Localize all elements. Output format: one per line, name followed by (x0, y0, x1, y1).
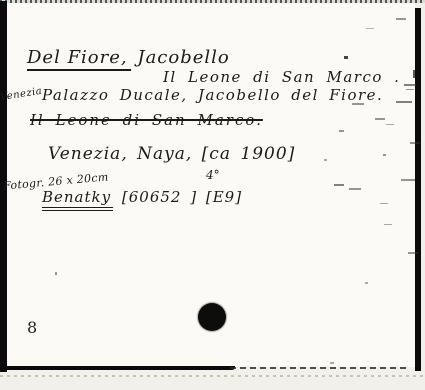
title-line: Il Leone di San Marco . (163, 68, 400, 86)
scan-noise-mark (366, 28, 374, 29)
heading-firstname: Jacobello (131, 47, 230, 68)
shelf-name: Benatky (42, 188, 113, 211)
scan-noise-mark (401, 179, 415, 181)
scan-noise-mark (408, 252, 418, 254)
corner-digit: 8 (27, 318, 37, 337)
catalog-card-scan: Del Fiore, Jacobello Il Leone di San Mar… (0, 0, 425, 390)
scan-noise-mark (324, 159, 327, 161)
scan-noise-mark (339, 130, 344, 132)
scan-noise-mark (396, 101, 412, 103)
scan-noise-mark (55, 272, 57, 275)
scan-noise-mark (349, 188, 361, 190)
scan-noise-mark (413, 70, 415, 78)
scan-noise-mark (330, 362, 334, 364)
heading-surname: Del Fiore, (27, 47, 131, 71)
scanner-bottom-dots (0, 375, 425, 377)
scan-noise-mark (344, 56, 348, 59)
card-bottom-edge-dashed (230, 367, 410, 369)
scan-noise-mark (383, 154, 386, 156)
scan-right-edge (415, 8, 421, 371)
scan-noise-mark (352, 103, 364, 105)
imprint-line: Venezia, Naya, [ca 1900] (48, 144, 295, 164)
punch-hole (198, 303, 226, 331)
scan-noise-mark (404, 84, 416, 86)
subject-line: Palazzo Ducale, Jacobello del Fiore. (42, 86, 383, 104)
shelf-line: Benatky [60652 ] [E9] (42, 188, 242, 206)
scan-noise-mark (386, 124, 394, 125)
scan-noise-mark (410, 142, 420, 144)
crossed-out-title: Il Leone di San Marco. (30, 111, 263, 129)
card-bottom-edge (0, 366, 235, 370)
shelf-code: [E9] (206, 188, 242, 206)
scan-noise-mark (365, 282, 368, 284)
shelf-number: [60652 ] (122, 188, 197, 206)
scan-noise-mark (375, 118, 385, 120)
scan-noise-mark (380, 203, 388, 204)
scan-top-edge (0, 0, 425, 3)
scan-noise-mark (384, 224, 392, 225)
heading-line: Del Fiore, Jacobello (27, 47, 230, 69)
scan-noise-mark (334, 184, 344, 186)
format-mark: 4° (206, 168, 220, 182)
scan-noise-mark (396, 18, 406, 20)
scan-noise-mark (406, 89, 414, 90)
